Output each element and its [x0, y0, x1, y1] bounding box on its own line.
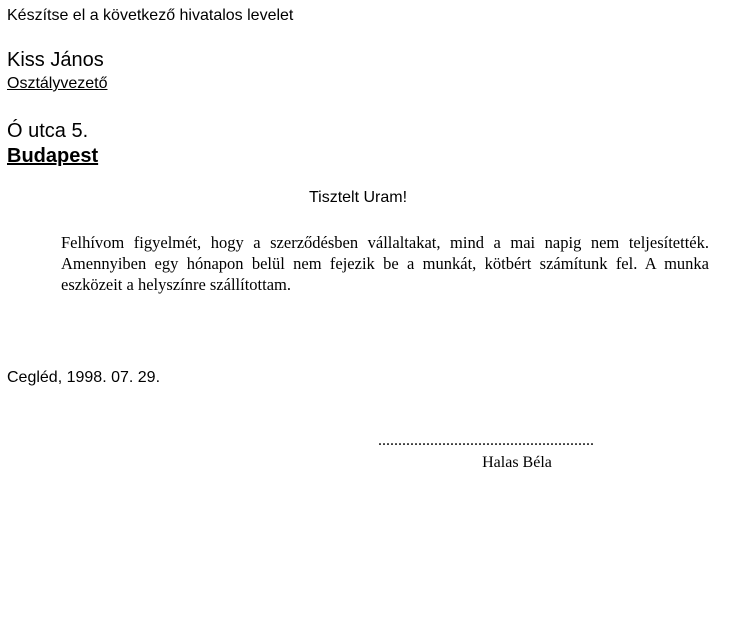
recipient-city: Budapest: [7, 145, 98, 168]
signature-line: ........................................…: [378, 432, 594, 450]
letter-body: Felhívom figyelmét, hogy a szerződésben …: [61, 232, 709, 295]
recipient-street: Ó utca 5.: [7, 120, 88, 143]
signature-name: Halas Béla: [378, 454, 656, 472]
salutation: Tisztelt Uram!: [0, 189, 716, 207]
instruction-text: Készítse el a következő hivatalos levele…: [7, 7, 293, 25]
recipient-title: Osztályvezető: [7, 75, 107, 93]
recipient-name: Kiss János: [7, 49, 104, 72]
place-date: Cegléd, 1998. 07. 29.: [7, 369, 160, 387]
